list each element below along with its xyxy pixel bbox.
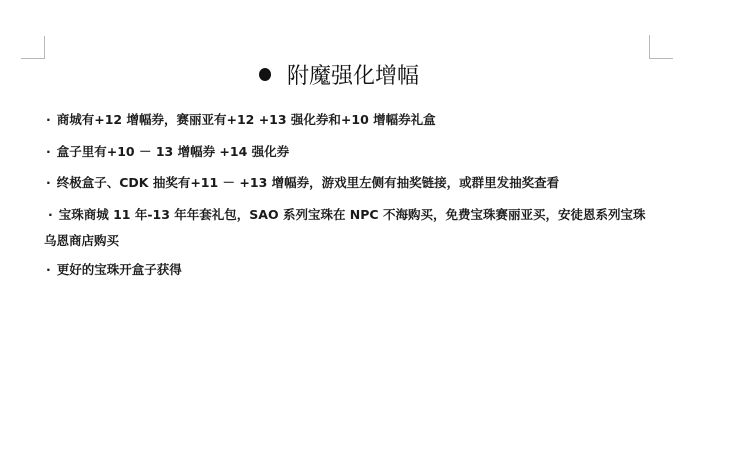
heading-text: 附魔强化增幅: [287, 59, 419, 90]
page-margin-corner-top-left: [21, 36, 45, 59]
paragraph-text: 更好的宝珠开盒子获得: [57, 262, 182, 277]
bullet-icon: [259, 68, 271, 81]
paragraph-5: ·更好的宝珠开盒子获得: [46, 257, 182, 283]
paragraph-1: ·商城有+12 增幅券，赛丽亚有+12 +13 强化券和+10 增幅券礼盒: [46, 107, 436, 133]
bullet-dot: ·: [46, 170, 51, 196]
paragraph-text: 终极盒子、CDK 抽奖有+11 － +13 增幅券，游戏里左侧有抽奖链接，或群里…: [57, 175, 559, 190]
paragraph-3: ·终极盒子、CDK 抽奖有+11 － +13 增幅券，游戏里左侧有抽奖链接，或群…: [46, 170, 559, 196]
heading: 附魔强化增幅: [259, 58, 419, 90]
paragraph-4: ·宝珠商城 11 年-13 年年套礼包，SAO 系列宝珠在 NPC 不海购买，免…: [44, 202, 654, 254]
paragraph-text: 宝珠商城 11 年-13 年年套礼包，SAO 系列宝珠在 NPC 不海购买，免费…: [44, 207, 645, 248]
bullet-dot: ·: [46, 257, 51, 283]
bullet-dot: ·: [46, 202, 53, 228]
paragraph-text: 盒子里有+10 － 13 增幅券 +14 强化券: [57, 144, 289, 159]
page-margin-corner-top-right: [649, 35, 673, 59]
paragraph-text: 商城有+12 增幅券，赛丽亚有+12 +13 强化券和+10 增幅券礼盒: [57, 112, 436, 127]
paragraph-2: ·盒子里有+10 － 13 增幅券 +14 强化券: [46, 139, 289, 165]
bullet-dot: ·: [46, 107, 51, 133]
bullet-dot: ·: [46, 139, 51, 165]
